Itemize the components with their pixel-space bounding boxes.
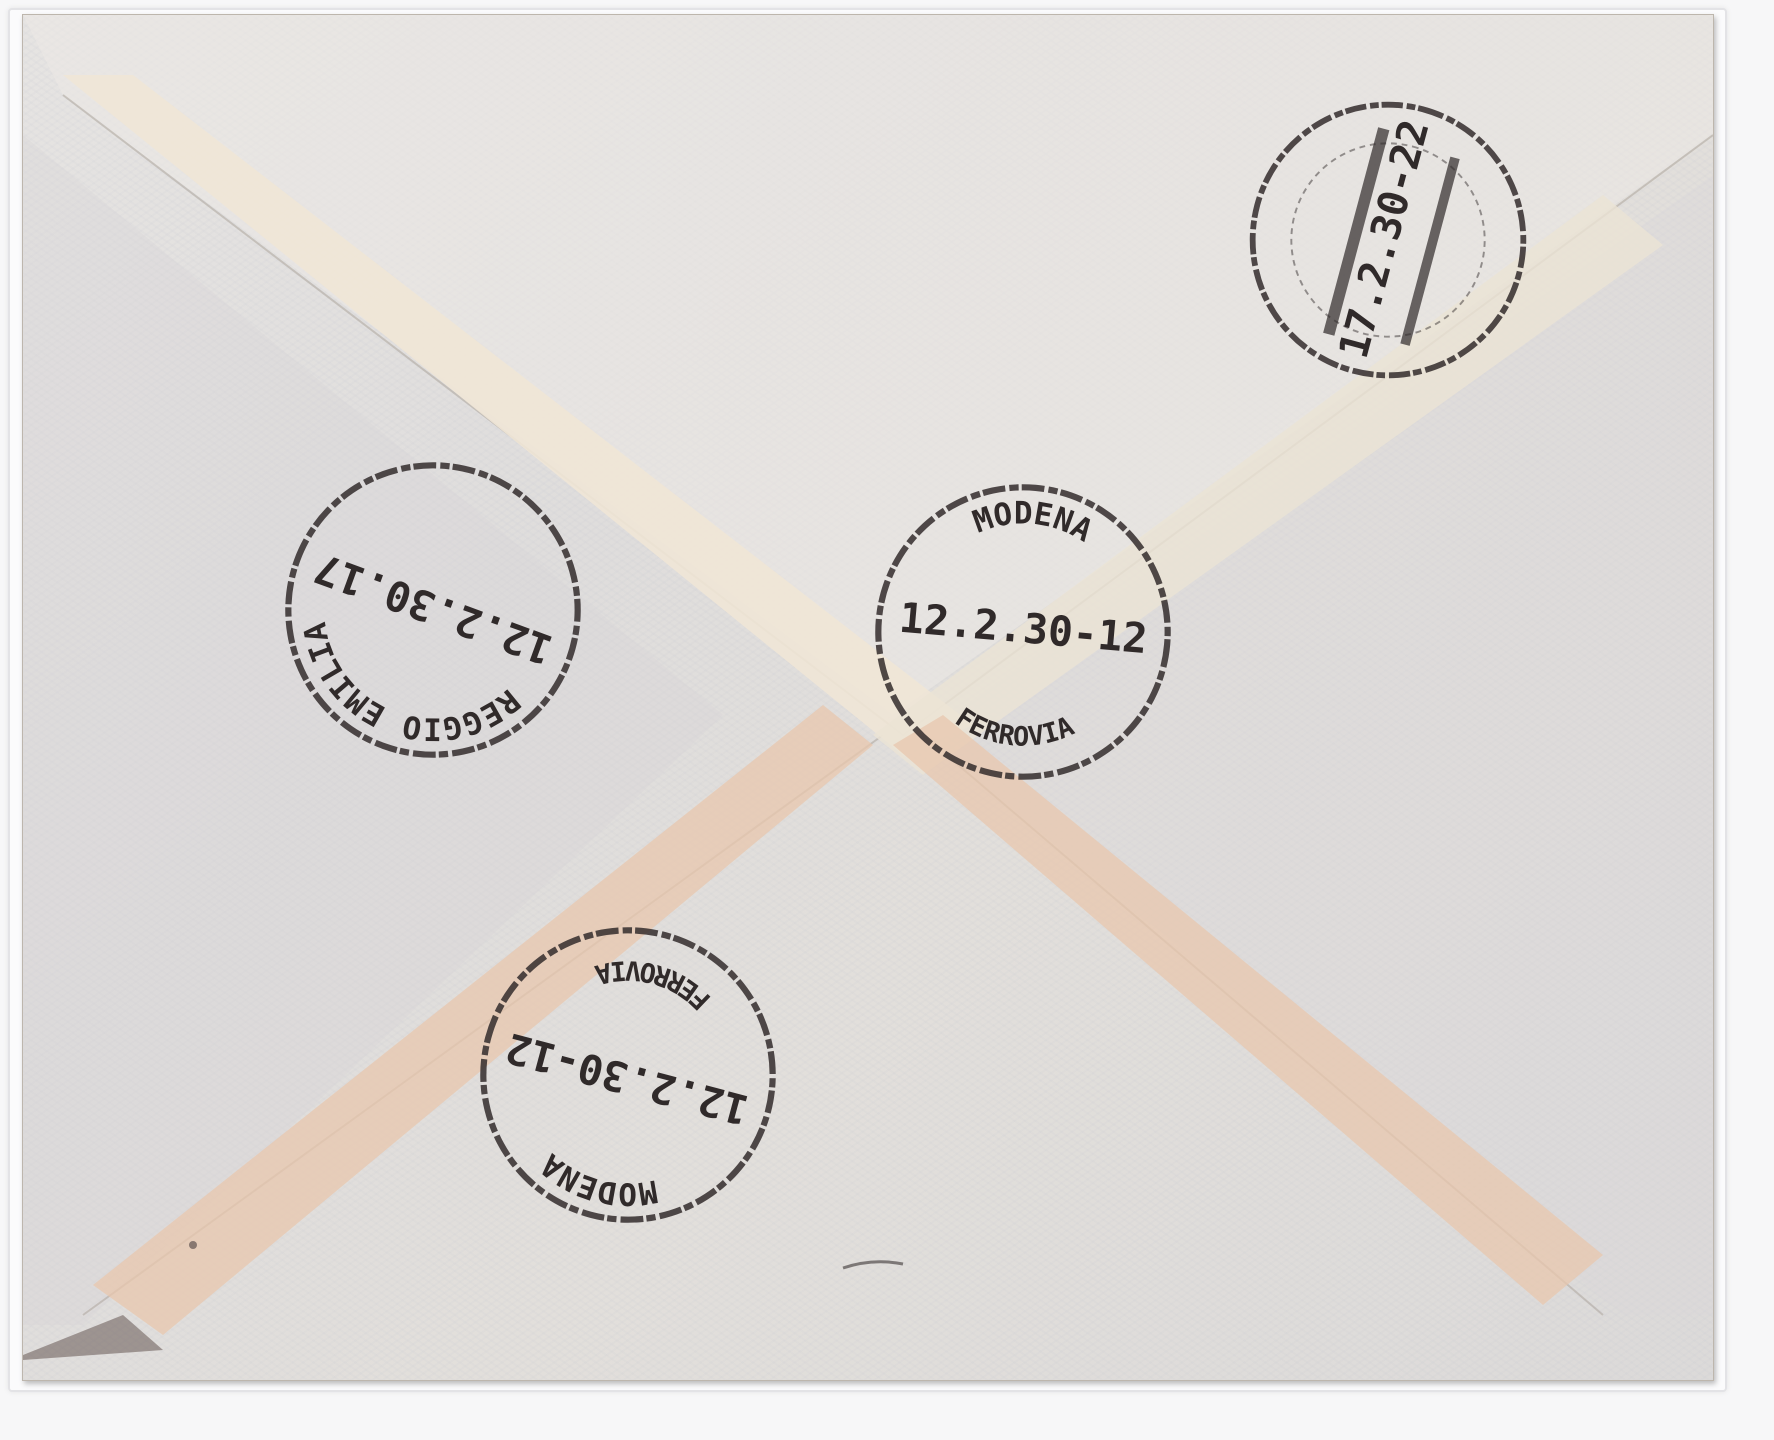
postmark-date: 12.2.30.17 — [308, 543, 558, 673]
postmark-place: MODENA — [529, 1142, 669, 1224]
postmark-date: 12.2.30-12 — [501, 1023, 754, 1134]
postmark-modena-1: MODENA 12.2.30-12 FERROVIA — [855, 464, 1191, 800]
postmark-date: 17.2.30-22 — [1329, 115, 1439, 363]
postmark-lower: FERROVIA — [948, 701, 1081, 758]
svg-text:FERROVIA: FERROVIA — [948, 701, 1081, 758]
postmark-date: 12.2.30-12 — [897, 594, 1149, 664]
envelope-back: 17.2.30-22 REGGIO EMILIA 12.2.30.17 MODE… — [22, 14, 1714, 1381]
svg-text:MODENA: MODENA — [529, 1142, 669, 1224]
